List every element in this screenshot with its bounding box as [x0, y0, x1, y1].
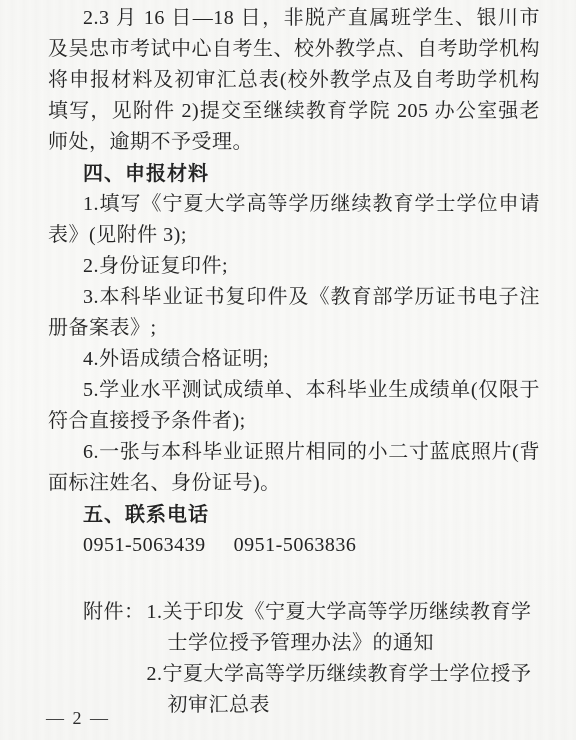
- material-item-application-form: 1.填写《宁夏大学高等学历继续教育学士学位申请表》(见附件 3);: [48, 189, 540, 251]
- phone-number-1: 0951-5063439: [83, 534, 206, 556]
- material-item-photo: 6.一张与本科毕业证照片相同的小二寸蓝底照片(背面标注姓名、身份证号)。: [48, 437, 540, 499]
- phone-numbers-line: 0951-50634390951-5063836: [48, 530, 540, 561]
- material-item-foreign-language-cert: 4.外语成绩合格证明;: [48, 344, 540, 375]
- section-heading-contact-phone: 五、联系电话: [48, 499, 540, 530]
- attachment-item-preliminary-review-summary: 2.宁夏大学高等学历继续教育学士学位授予初审汇总表: [147, 659, 541, 721]
- material-item-diploma-copy: 3.本科毕业证书复印件及《教育部学历证书电子注册备案表》;: [48, 282, 540, 344]
- phone-number-2: 0951-5063836: [234, 534, 357, 556]
- document-content: 2.3 月 16 日—18 日，非脱产直属班学生、银川市及吴忠市考试中心自考生、…: [48, 3, 540, 721]
- attachments-list: 1.关于印发《宁夏大学高等学历继续教育学士学位授予管理办法》的通知 2.宁夏大学…: [147, 597, 541, 721]
- material-item-id-copy: 2.身份证复印件;: [48, 251, 540, 282]
- paragraph-deadline-submission: 2.3 月 16 日—18 日，非脱产直属班学生、银川市及吴忠市考试中心自考生、…: [48, 3, 540, 158]
- attachments-label: 附件：: [48, 597, 145, 628]
- document-page: 2.3 月 16 日—18 日，非脱产直属班学生、银川市及吴忠市考试中心自考生、…: [0, 0, 576, 740]
- page-number: — 2 —: [46, 706, 110, 730]
- attachment-item-management-measures-notice: 1.关于印发《宁夏大学高等学历继续教育学士学位授予管理办法》的通知: [147, 597, 541, 659]
- material-item-transcripts: 5.学业水平测试成绩单、本科毕业生成绩单(仅限于符合直接授予条件者);: [48, 375, 540, 437]
- section-heading-application-materials: 四、申报材料: [48, 158, 540, 189]
- attachments-block: 附件： 1.关于印发《宁夏大学高等学历继续教育学士学位授予管理办法》的通知 2.…: [48, 597, 540, 721]
